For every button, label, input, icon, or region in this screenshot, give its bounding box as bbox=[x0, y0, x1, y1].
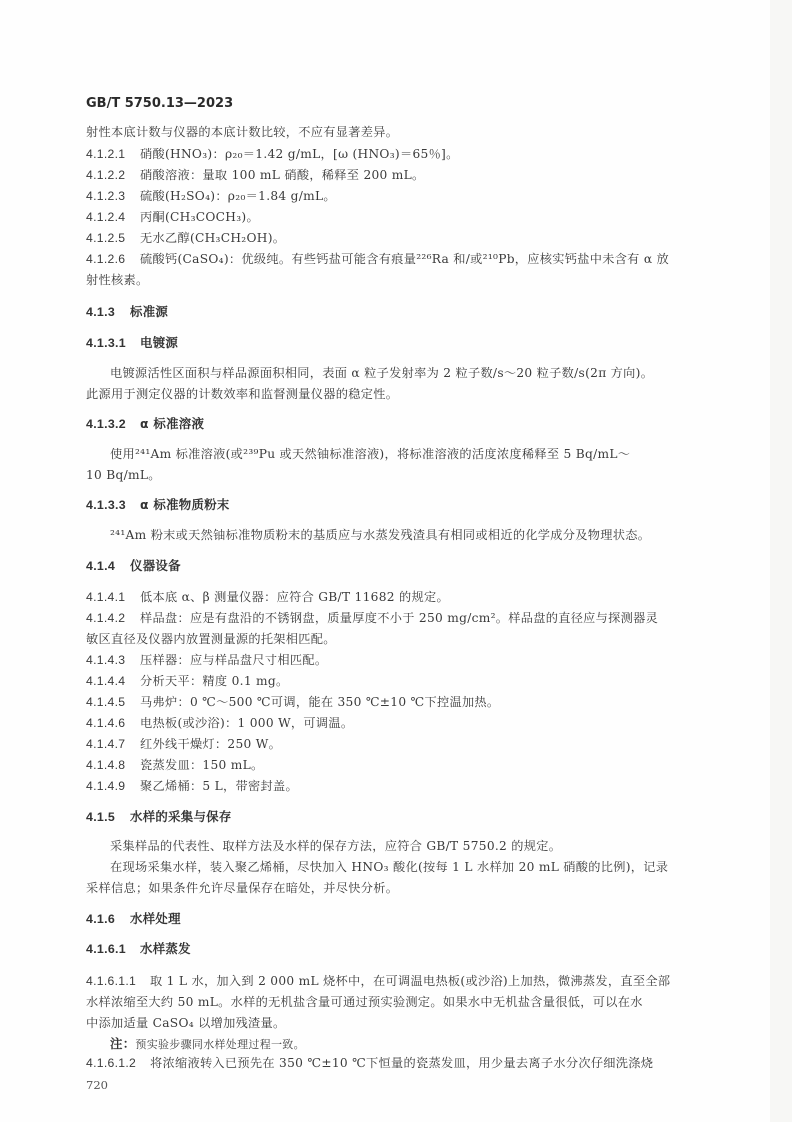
heading-4.1.5: 4.1.5水样的采集与保存 bbox=[86, 809, 232, 825]
clause-4.1.2.5: 4.1.2.5无水乙醇(CH₃CH₂OH)。 bbox=[86, 230, 285, 246]
paragraph-continuation: 射性本底计数与仪器的本底计数比较，不应有显著差异。 bbox=[86, 124, 398, 140]
paragraph-sampling: 采集样品的代表性、取样方法及水样的保存方法，应符合 GB/T 5750.2 的规… bbox=[110, 838, 561, 854]
heading-4.1.6.1: 4.1.6.1水样蒸发 bbox=[86, 941, 191, 957]
clause-4.1.6.1.1: 4.1.6.1.1取 1 L 水，加入到 2 000 mL 烧杯中，在可调温电热… bbox=[86, 973, 670, 989]
document-page: GB/T 5750.13—2023 射性本底计数与仪器的本底计数比较，不应有显著… bbox=[0, 0, 792, 1122]
heading-4.1.3.2: 4.1.3.2α 标准溶液 bbox=[86, 416, 204, 432]
clause-4.1.2.1: 4.1.2.1硝酸(HNO₃)：ρ₂₀＝1.42 g/mL，[ω (HNO₃)＝… bbox=[86, 146, 459, 162]
clause-4.1.6.1.2: 4.1.6.1.2将浓缩液转入已预先在 350 ℃±10 ℃下恒量的瓷蒸发皿，用… bbox=[86, 1055, 653, 1071]
heading-4.1.3.3: 4.1.3.3α 标准物质粉末 bbox=[86, 497, 230, 513]
heading-4.1.4: 4.1.4仪器设备 bbox=[86, 558, 181, 574]
heading-4.1.6: 4.1.6水样处理 bbox=[86, 911, 181, 927]
paragraph-alpha-solution: 使用²⁴¹Am 标准溶液(或²³⁹Pu 或天然铀标准溶液)，将标准溶液的活度浓度… bbox=[110, 446, 630, 462]
clause-4.1.2.6-cont: 射性核素。 bbox=[86, 272, 148, 288]
clause-4.1.4.8: 4.1.4.8瓷蒸发皿：150 mL。 bbox=[86, 757, 264, 773]
paragraph-alpha-powder: ²⁴¹Am 粉末或天然铀标准物质粉末的基质应与水蒸发残渣具有相同或相近的化学成分… bbox=[110, 527, 650, 543]
clause-4.1.2.6: 4.1.2.6硫酸钙(CaSO₄)：优级纯。有些钙盐可能含有痕量²²⁶Ra 和/… bbox=[86, 251, 669, 267]
clause-4.1.6.1.1-cont2: 中添加适量 CaSO₄ 以增加残渣量。 bbox=[86, 1015, 286, 1031]
heading-4.1.3.1: 4.1.3.1电镀源 bbox=[86, 335, 178, 351]
clause-4.1.2.4: 4.1.2.4丙酮(CH₃COCH₃)。 bbox=[86, 209, 259, 225]
paragraph-electroplated-source-cont: 此源用于测定仪器的计数效率和监督测量仪器的稳定性。 bbox=[86, 386, 398, 402]
paragraph-electroplated-source: 电镀源活性区面积与样品源面积相同，表面 α 粒子发射率为 2 粒子数/s～20 … bbox=[110, 365, 653, 381]
paragraph-alpha-solution-cont: 10 Bq/mL。 bbox=[86, 467, 161, 483]
page-edge bbox=[770, 0, 792, 1122]
standard-header: GB/T 5750.13—2023 bbox=[86, 96, 233, 111]
clause-4.1.4.5: 4.1.4.5马弗炉：0 ℃～500 ℃可调，能在 350 ℃±10 ℃下控温加… bbox=[86, 694, 499, 710]
clause-4.1.4.6: 4.1.4.6电热板(或沙浴)：1 000 W，可调温。 bbox=[86, 715, 353, 731]
page-number: 720 bbox=[86, 1078, 108, 1092]
clause-4.1.6.1.1-cont1: 水样浓缩至大约 50 mL。水样的无机盐含量可通过预实验测定。如果水中无机盐含量… bbox=[86, 994, 643, 1010]
clause-4.1.4.3: 4.1.4.3压样器：应与样品盘尺寸相匹配。 bbox=[86, 652, 327, 668]
paragraph-field-sampling: 在现场采集水样，装入聚乙烯桶，尽快加入 HNO₃ 酸化(按每 1 L 水样加 2… bbox=[110, 859, 668, 875]
clause-4.1.4.1: 4.1.4.1低本底 α、β 测量仪器：应符合 GB/T 11682 的规定。 bbox=[86, 589, 449, 605]
clause-4.1.2.2: 4.1.2.2硝酸溶液：量取 100 mL 硝酸，稀释至 200 mL。 bbox=[86, 167, 425, 183]
clause-4.1.4.7: 4.1.4.7红外线干燥灯：250 W。 bbox=[86, 736, 281, 752]
clause-4.1.4.2: 4.1.4.2样品盘：应是有盘沿的不锈钢盘，质量厚度不小于 250 mg/cm²… bbox=[86, 610, 658, 626]
note: 注：预实验步骤同水样处理过程一致。 bbox=[110, 1036, 305, 1053]
clause-4.1.4.9: 4.1.4.9聚乙烯桶：5 L，带密封盖。 bbox=[86, 778, 298, 794]
clause-4.1.4.4: 4.1.4.4分析天平：精度 0.1 mg。 bbox=[86, 673, 289, 689]
heading-4.1.3: 4.1.3标准源 bbox=[86, 304, 168, 320]
clause-4.1.4.2-cont: 敏区直径及仪器内放置测量源的托架相匹配。 bbox=[86, 631, 336, 647]
paragraph-field-sampling-cont: 采样信息；如果条件允许尽量保存在暗处，并尽快分析。 bbox=[86, 880, 398, 896]
clause-4.1.2.3: 4.1.2.3硫酸(H₂SO₄)：ρ₂₀＝1.84 g/mL。 bbox=[86, 188, 336, 204]
